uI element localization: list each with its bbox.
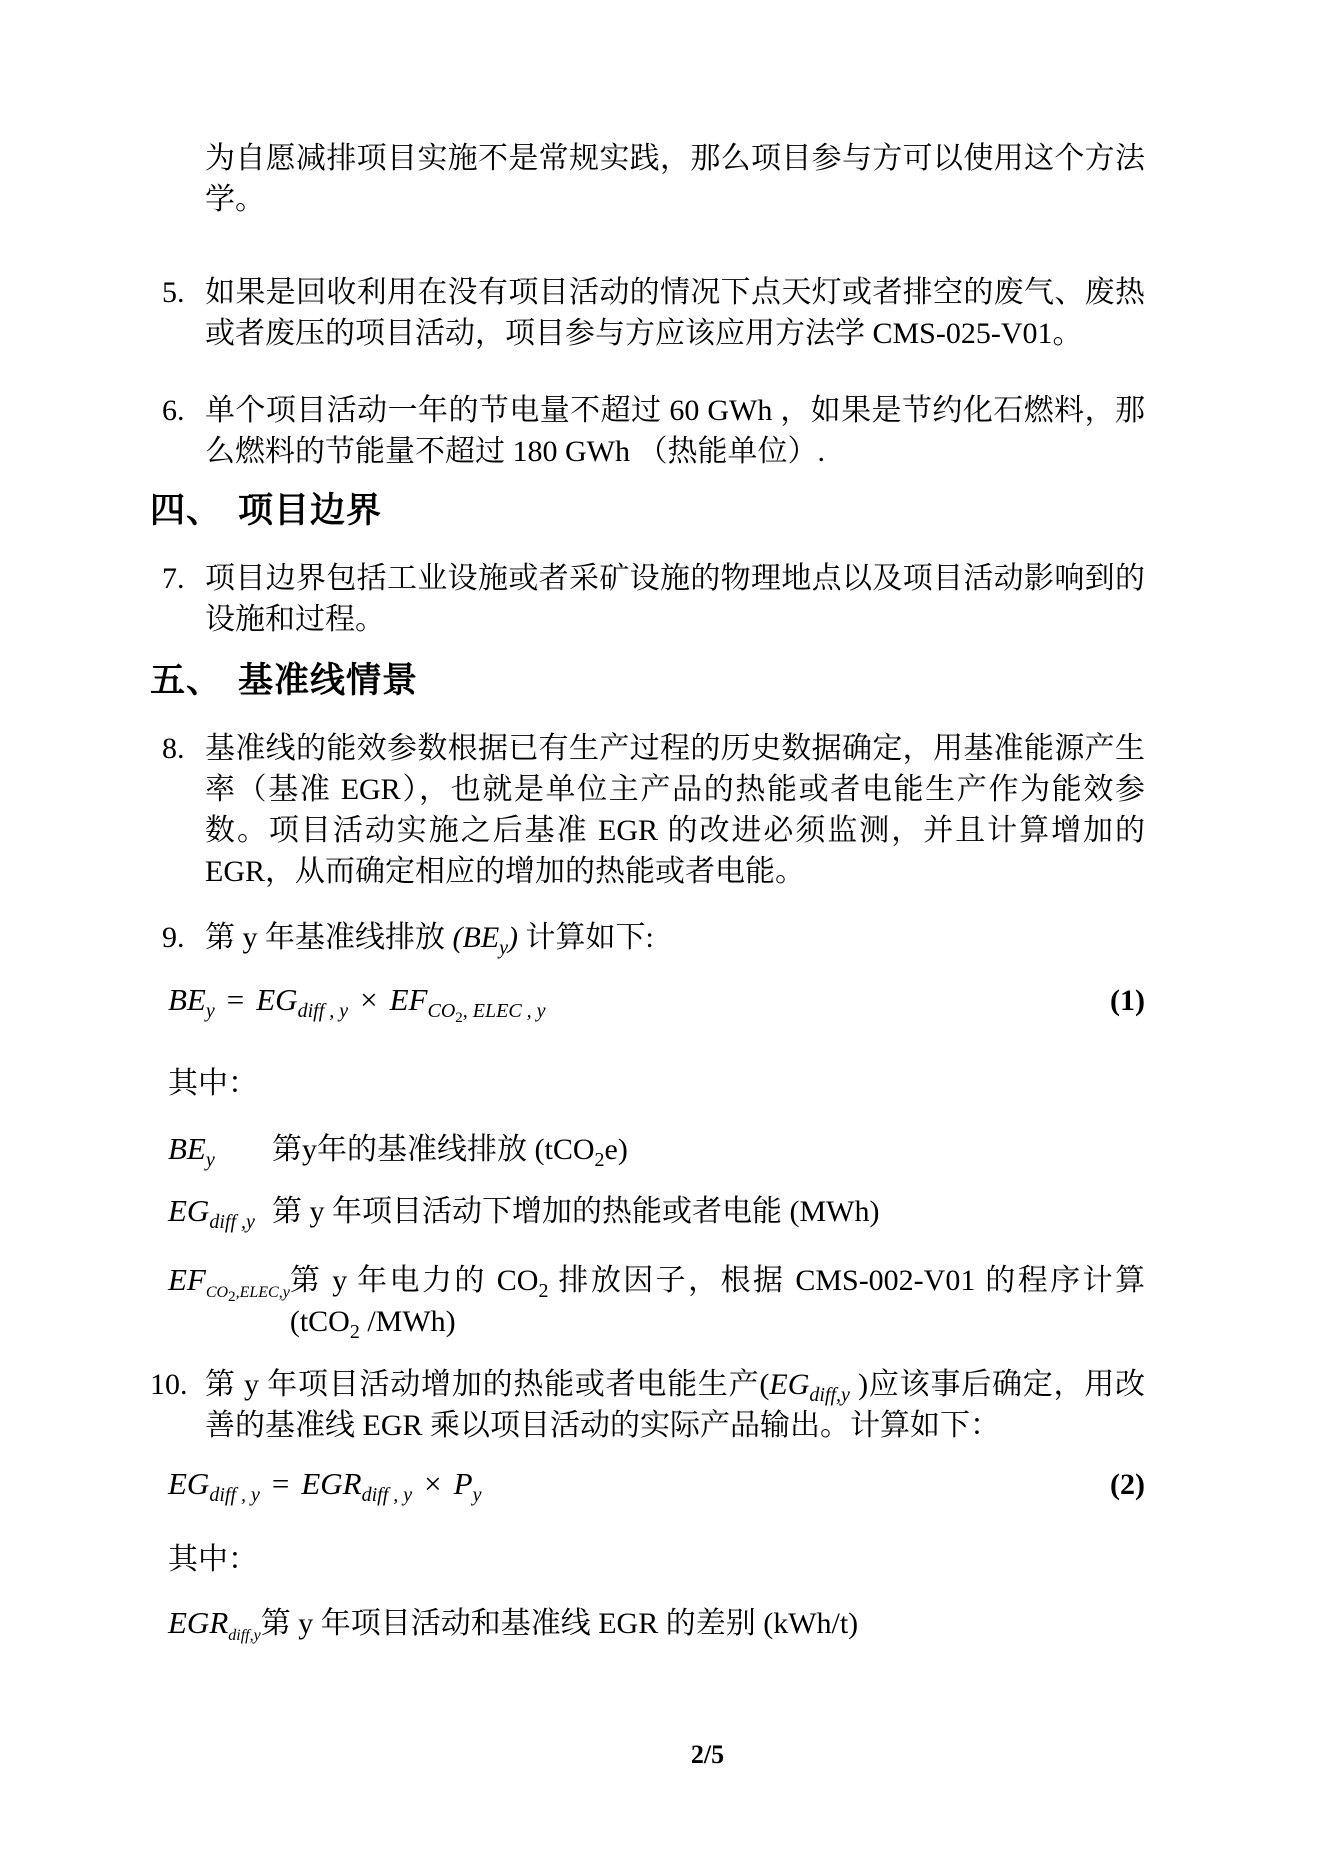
def-BEy-sub2: 2 [595, 1149, 605, 1171]
definition-EGdiffy-term: EGdiff ,y [168, 1189, 272, 1233]
item-10-subscript: diff,y [809, 1384, 850, 1406]
section-4-title: 项目边界 [238, 491, 382, 530]
def-BEy-part2: e) [605, 1133, 628, 1166]
section-5-title: 基准线情景 [238, 661, 418, 700]
list-item-5-text: 如果是回收利用在没有项目活动的情况下点天灯或者排空的废气、废热或者废压的项目活动… [205, 272, 1145, 354]
item-9-pre-text: 第 y 年基准线排放 [205, 921, 453, 954]
list-item-7-text: 项目边界包括工业设施或者采矿设施的物理地点以及项目活动影响到的设施和过程。 [205, 558, 1145, 640]
equation-1-number: (1) [1110, 979, 1145, 1023]
def-EF-line1-part1: 第 y 年电力的 CO [290, 1264, 539, 1297]
equation-2: EGdiff , y=EGRdiff , y×Py (2) [168, 1462, 1145, 1507]
term-EF-sub-sub-2: 2 [228, 1289, 236, 1305]
equation-1-sub-sub-2: 2 [455, 1010, 463, 1026]
equation-1-sub-diff-y: diff , y [298, 1000, 349, 1022]
page-footer: 2/5 [0, 1740, 1323, 1770]
item-10-pre-text: 第 y 年项目活动增加的热能或者电能生产( [205, 1368, 769, 1401]
item-9-post-text: 计算如下: [518, 921, 654, 954]
list-item-5-number: 5. [150, 272, 205, 354]
term-EF-sub-ELEC-y: ,ELEC,y [236, 1284, 290, 1301]
equation-2-var-EGR: EGR [301, 1466, 361, 1501]
term-EF-sub-CO: CO [206, 1284, 228, 1301]
definition-BEy: BEy 第y年的基准线排放 (tCO2e) [168, 1127, 1145, 1171]
def-EF-line1-part2: 排放因子，根据 CMS-002-V01 的程序计算 [548, 1264, 1145, 1297]
term-EGR-subscript: diff,y [228, 1627, 260, 1644]
equation-2-var-EG: EG [168, 1466, 209, 1501]
section-heading-baseline-scenario: 五、基准线情景 [150, 657, 1145, 705]
equation-1-expression: BEy=EGdiff , y×EFCO2, ELEC , y [168, 978, 546, 1022]
list-item-10: 10. 第 y 年项目活动增加的热能或者电能生产(EGdiff,y )应该事后确… [150, 1364, 1145, 1446]
equation-2-sub-diff-y-1: diff , y [209, 1484, 260, 1506]
list-item-5: 5. 如果是回收利用在没有项目活动的情况下点天灯或者排空的废气、废热或者废压的项… [150, 272, 1145, 354]
list-item-6-text: 单个项目活动一年的节电量不超过 60 GWh ，如果是节约化石燃料，那么燃料的节… [205, 390, 1145, 472]
list-item-9-text: 第 y 年基准线排放 (BEy) 计算如下: [205, 917, 1145, 958]
def-EF-line2-sub2: 2 [350, 1321, 360, 1343]
list-item-7: 7. 项目边界包括工业设施或者采矿设施的物理地点以及项目活动影响到的设施和过程。 [150, 558, 1145, 640]
definition-BEy-term: BEy [168, 1127, 272, 1171]
equation-2-sub-diff-y-2: diff , y [362, 1484, 413, 1506]
definition-BEy-text: 第y年的基准线排放 (tCO2e) [272, 1129, 1145, 1170]
term-EG: EG [168, 1193, 209, 1228]
list-item-10-number: 10. [150, 1364, 205, 1446]
equation-1-sub-ELEC-y: , ELEC , y [463, 1000, 546, 1022]
page-number: 2/5 [691, 1740, 724, 1769]
equation-1-sub-CO: CO [427, 1000, 455, 1022]
equals-sign: = [227, 982, 244, 1017]
definition-EFco2elecy-term: EFCO2,ELEC,y [168, 1258, 290, 1315]
definition-EGdiffy-text: 第 y 年项目活动下增加的热能或者电能 (MWh) [272, 1191, 1145, 1232]
where-label-2: 其中： [168, 1539, 1145, 1580]
def-BEy-part1: 第y年的基准线排放 (tCO [272, 1133, 595, 1166]
equation-1-sub-y: y [206, 1000, 215, 1022]
item-9-close-paren: ) [508, 921, 518, 954]
def-EF-line2: (tCO2 /MWh) [290, 1301, 1145, 1342]
definition-EFco2elecy-text: 第 y 年电力的 CO2 排放因子，根据 CMS-002-V01 的程序计算 (… [290, 1260, 1145, 1342]
term-EGR: EGR [168, 1605, 228, 1640]
list-item-9: 9. 第 y 年基准线排放 (BEy) 计算如下: [150, 917, 1145, 958]
list-item-9-number: 9. [150, 917, 205, 958]
list-item-10-text: 第 y 年项目活动增加的热能或者电能生产(EGdiff,y )应该事后确定，用改… [205, 1364, 1145, 1446]
equation-1: BEy=EGdiff , y×EFCO2, ELEC , y (1) [168, 978, 1145, 1023]
term-BE: BE [168, 1131, 206, 1166]
def-EF-line1: 第 y 年电力的 CO2 排放因子，根据 CMS-002-V01 的程序计算 [290, 1260, 1145, 1301]
equation-2-number: (2) [1110, 1463, 1145, 1507]
equation-1-var-EG: EG [256, 982, 297, 1017]
equation-1-var-EF: EF [390, 982, 428, 1017]
item-9-open-paren: ( [453, 921, 463, 954]
def-EF-line2-part1: (tCO [290, 1305, 350, 1338]
section-5-number: 五、 [150, 661, 222, 700]
list-item-8-text: 基准线的能效参数根据已有生产过程的历史数据确定，用基准能源产生率（基准 EGR）… [205, 728, 1145, 892]
times-sign: × [360, 982, 377, 1017]
equation-2-expression: EGdiff , y=EGRdiff , y×Py [168, 1462, 481, 1506]
list-item-6: 6. 单个项目活动一年的节电量不超过 60 GWh ，如果是节约化石燃料，那么燃… [150, 390, 1145, 472]
def-EF-line2-part2: /MWh) [360, 1305, 456, 1338]
item-10-variable: EG [769, 1368, 809, 1401]
term-BE-subscript: y [206, 1149, 215, 1171]
term-EF: EF [168, 1262, 206, 1297]
equals-sign: = [272, 1466, 289, 1501]
list-item-8-number: 8. [150, 728, 205, 892]
list-item-7-number: 7. [150, 558, 205, 640]
item-9-subscript: y [499, 937, 508, 959]
document-page: 为自愿减排项目实施不是常规实践，那么项目参与方可以使用这个方法学。 5. 如果是… [0, 0, 1323, 1871]
times-sign: × [424, 1466, 441, 1501]
definition-EGRdiffy-term: EGRdiff,y [168, 1601, 261, 1658]
item-9-variable: BE [463, 921, 500, 954]
section-heading-project-boundary: 四、项目边界 [150, 487, 1145, 535]
definition-EGdiffy: EGdiff ,y 第 y 年项目活动下增加的热能或者电能 (MWh) [168, 1189, 1145, 1233]
equation-1-var-BE: BE [168, 982, 206, 1017]
intro-paragraph: 为自愿减排项目实施不是常规实践，那么项目参与方可以使用这个方法学。 [205, 138, 1145, 220]
term-EG-subscript: diff ,y [209, 1211, 255, 1233]
definition-EFco2elecy: EFCO2,ELEC,y 第 y 年电力的 CO2 排放因子，根据 CMS-00… [168, 1258, 1145, 1342]
definition-EGRdiffy: EGRdiff,y 第 y 年项目活动和基准线 EGR 的差别 (kWh/t) [168, 1601, 1145, 1658]
item-10-close-paren: ) [850, 1368, 868, 1401]
section-4-number: 四、 [150, 491, 222, 530]
definition-EGRdiffy-text: 第 y 年项目活动和基准线 EGR 的差别 (kWh/t) [261, 1603, 1145, 1644]
where-label-1: 其中： [168, 1063, 1145, 1104]
equation-2-var-P: P [454, 1466, 473, 1501]
def-EF-line1-sub2: 2 [538, 1280, 548, 1302]
list-item-6-number: 6. [150, 390, 205, 472]
equation-2-sub-y: y [473, 1484, 482, 1506]
list-item-8: 8. 基准线的能效参数根据已有生产过程的历史数据确定，用基准能源产生率（基准 E… [150, 728, 1145, 892]
